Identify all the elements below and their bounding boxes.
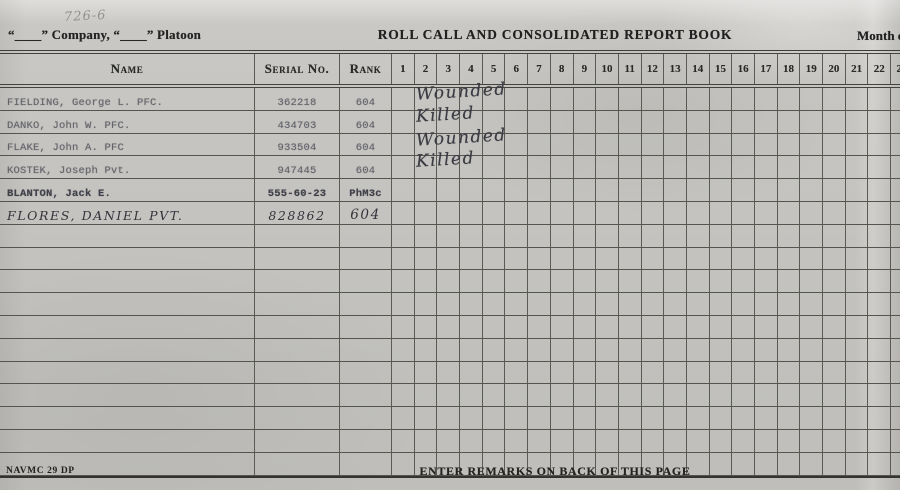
serial-cell: 555-60-23 [255, 179, 340, 201]
day-cell [619, 111, 642, 133]
table-body: FIELDING, George L. PFC.362218604Wounded… [0, 87, 900, 478]
name-cell: FLAKE, John A. PFC [0, 134, 255, 156]
day-cell [778, 156, 801, 178]
table-row-empty [0, 362, 900, 385]
day-cell [574, 179, 597, 201]
day-cell [619, 225, 642, 247]
day-cell [732, 111, 755, 133]
day-cell [483, 225, 506, 247]
day-cell [460, 362, 483, 384]
day-cell [392, 248, 415, 270]
day-cell [664, 156, 687, 178]
day-cell [596, 430, 619, 452]
day-cell [664, 225, 687, 247]
day-cell [710, 270, 733, 292]
day-cell [800, 248, 823, 270]
day-cell [505, 270, 528, 292]
day-cell [868, 88, 891, 110]
day-cell [800, 293, 823, 315]
day-cell [664, 111, 687, 133]
day-cell [868, 156, 891, 178]
day-cell [755, 248, 778, 270]
day-cell [505, 430, 528, 452]
day-cell [823, 339, 846, 361]
serial-cell [255, 384, 340, 406]
name-entry: FLORES, DANIEL PVT. [7, 208, 183, 223]
day-cell [891, 362, 900, 384]
day-cell [596, 407, 619, 429]
column-header-day: 1 [392, 54, 415, 84]
day-cell [687, 88, 710, 110]
name-cell: FLORES, DANIEL PVT. [0, 202, 255, 224]
handwritten-remark: Killed [415, 103, 475, 127]
day-cell [415, 339, 438, 361]
day-cell [642, 134, 665, 156]
day-cell [778, 384, 801, 406]
rank-cell [340, 339, 392, 361]
serial-entry: 828862 [268, 208, 325, 223]
column-header-day: 21 [846, 54, 869, 84]
day-cell [460, 384, 483, 406]
day-cell [664, 270, 687, 292]
day-cell [868, 134, 891, 156]
day-cell [891, 270, 900, 292]
serial-cell: 933504 [255, 134, 340, 156]
day-cell [823, 225, 846, 247]
name-entry: BLANTON, Jack E. [7, 188, 111, 200]
rank-entry: 604 [356, 142, 376, 154]
day-cell [823, 156, 846, 178]
day-cell [846, 111, 869, 133]
day-cell [710, 134, 733, 156]
rank-cell: PhM3c [340, 179, 392, 201]
day-cell [891, 111, 900, 133]
day-cell [392, 134, 415, 156]
rank-cell: 604 [340, 88, 392, 110]
day-cell [778, 202, 801, 224]
column-header-day: 16 [732, 54, 755, 84]
day-cell [619, 430, 642, 452]
name-cell [0, 430, 255, 452]
table-row-empty [0, 384, 900, 407]
day-cell [528, 384, 551, 406]
day-cell [574, 384, 597, 406]
table-row-empty [0, 248, 900, 271]
day-cell [505, 384, 528, 406]
day-cell [574, 134, 597, 156]
day-cell [505, 111, 528, 133]
day-cell [800, 362, 823, 384]
day-cell [664, 316, 687, 338]
column-header-rank: Rank [340, 54, 392, 84]
day-cell [596, 293, 619, 315]
pencil-annotation: 726-6 [64, 8, 107, 25]
day-cell [437, 316, 460, 338]
day-cell [732, 202, 755, 224]
day-cell [778, 225, 801, 247]
day-cell [642, 430, 665, 452]
day-cell [755, 316, 778, 338]
roll-call-form-page: 726-6 “____” Company, “____” Platoon ROL… [0, 0, 900, 490]
day-cell [505, 339, 528, 361]
name-cell [0, 339, 255, 361]
day-cell [483, 430, 506, 452]
day-cell [460, 248, 483, 270]
day-cell [846, 179, 869, 201]
rank-entry: 604 [350, 207, 381, 223]
table-row: KOSTEK, Joseph Pvt.947445604Killed [0, 156, 900, 179]
day-cell [528, 407, 551, 429]
column-header-day: 10 [596, 54, 619, 84]
day-cell [823, 453, 846, 475]
day-cell [642, 270, 665, 292]
column-header-day: 6 [505, 54, 528, 84]
day-cell [528, 339, 551, 361]
day-cell [415, 202, 438, 224]
rank-entry: PhM3c [349, 188, 382, 200]
day-cell [891, 248, 900, 270]
column-header-serial: Serial No. [255, 54, 340, 84]
day-cell [596, 270, 619, 292]
day-cell [596, 111, 619, 133]
day-cell [596, 225, 619, 247]
day-cell [664, 384, 687, 406]
rank-cell [340, 316, 392, 338]
day-cell [415, 293, 438, 315]
day-cell [505, 362, 528, 384]
day-cell [687, 384, 710, 406]
table-header-row: Name Serial No. Rank 1234567891011121314… [0, 53, 900, 85]
day-cell [415, 362, 438, 384]
day-cell [823, 248, 846, 270]
day-cell [460, 339, 483, 361]
day-cell [891, 453, 900, 475]
day-cell [483, 293, 506, 315]
day-cell [551, 202, 574, 224]
day-cell [800, 339, 823, 361]
column-header-day: 12 [642, 54, 665, 84]
column-header-day: 23 [891, 54, 900, 84]
day-cell [732, 453, 755, 475]
day-cell [846, 316, 869, 338]
table-row: BLANTON, Jack E.555-60-23PhM3c [0, 179, 900, 202]
day-cell [642, 225, 665, 247]
column-header-day: 4 [460, 54, 483, 84]
day-cell [800, 111, 823, 133]
day-cell [687, 270, 710, 292]
day-cell [460, 316, 483, 338]
day-cell [619, 179, 642, 201]
day-cell [460, 293, 483, 315]
day-cell [505, 225, 528, 247]
day-cell [664, 202, 687, 224]
rank-cell [340, 293, 392, 315]
day-cell [619, 202, 642, 224]
name-cell [0, 362, 255, 384]
day-cell [528, 293, 551, 315]
name-cell: DANKO, John W. PFC. [0, 111, 255, 133]
month-label: Month of [857, 28, 900, 44]
day-cell [664, 339, 687, 361]
rank-cell [340, 430, 392, 452]
column-header-day: 19 [800, 54, 823, 84]
page-title: ROLL CALL AND CONSOLIDATED REPORT BOOK [370, 27, 740, 43]
day-cell [551, 407, 574, 429]
day-cell [619, 384, 642, 406]
column-header-day: 17 [755, 54, 778, 84]
day-cell [392, 407, 415, 429]
day-cell [687, 111, 710, 133]
day-cell [528, 248, 551, 270]
day-cell [437, 270, 460, 292]
day-cell [846, 248, 869, 270]
serial-cell: 362218 [255, 88, 340, 110]
day-cell [619, 293, 642, 315]
day-cell [800, 156, 823, 178]
day-cell [755, 270, 778, 292]
name-cell [0, 270, 255, 292]
day-cell [778, 248, 801, 270]
day-cell [664, 407, 687, 429]
day-cell [778, 270, 801, 292]
day-cell [619, 88, 642, 110]
day-cell [505, 88, 528, 110]
day-cell [642, 384, 665, 406]
serial-entry: 362218 [277, 97, 316, 109]
day-cell [664, 293, 687, 315]
day-cell [732, 156, 755, 178]
day-cell [642, 88, 665, 110]
day-cell [642, 362, 665, 384]
day-cell [846, 407, 869, 429]
day-cell [460, 430, 483, 452]
rank-cell: 604 [340, 134, 392, 156]
day-cell [528, 111, 551, 133]
day-cell [846, 156, 869, 178]
day-cell [528, 362, 551, 384]
table-row-empty [0, 225, 900, 248]
day-cell [891, 88, 900, 110]
day-cell [392, 293, 415, 315]
day-cell [596, 248, 619, 270]
day-cell [460, 225, 483, 247]
day-cell [710, 407, 733, 429]
day-cell [505, 316, 528, 338]
serial-cell [255, 293, 340, 315]
day-cell [551, 111, 574, 133]
day-cell [868, 293, 891, 315]
day-cell [664, 88, 687, 110]
day-cell [868, 384, 891, 406]
rank-cell: 604 [340, 111, 392, 133]
day-cell [755, 384, 778, 406]
day-cell [710, 362, 733, 384]
day-cell [664, 362, 687, 384]
serial-cell [255, 407, 340, 429]
day-cell [846, 225, 869, 247]
name-cell [0, 407, 255, 429]
serial-cell [255, 316, 340, 338]
day-cell [823, 134, 846, 156]
day-cell [732, 293, 755, 315]
day-cell [868, 248, 891, 270]
day-cell [596, 362, 619, 384]
day-cell [755, 156, 778, 178]
day-cell [846, 430, 869, 452]
day-cell [800, 384, 823, 406]
day-cell [528, 88, 551, 110]
name-entry: FLAKE, John A. PFC [7, 142, 124, 154]
day-cell [642, 407, 665, 429]
day-cell [505, 134, 528, 156]
day-cell [755, 339, 778, 361]
day-cell [596, 134, 619, 156]
table-row: FLORES, DANIEL PVT.828862604 [0, 202, 900, 225]
rank-entry: 604 [356, 165, 376, 177]
day-cell [846, 362, 869, 384]
day-cell [619, 134, 642, 156]
day-cell [619, 156, 642, 178]
serial-cell: 828862 [255, 202, 340, 224]
day-cell [505, 156, 528, 178]
day-cell [415, 270, 438, 292]
day-cell [415, 179, 438, 201]
day-cell [687, 179, 710, 201]
day-cell [528, 179, 551, 201]
day-cell [551, 362, 574, 384]
rank-cell [340, 248, 392, 270]
day-cell [778, 453, 801, 475]
day-cell [551, 384, 574, 406]
day-cell [823, 111, 846, 133]
column-header-day: 7 [528, 54, 551, 84]
day-cell [755, 179, 778, 201]
day-cell [732, 88, 755, 110]
rank-cell [340, 225, 392, 247]
day-cell [437, 179, 460, 201]
day-cell [415, 430, 438, 452]
day-cell [868, 225, 891, 247]
day-cell [574, 362, 597, 384]
day-cell [664, 248, 687, 270]
day-cell [800, 270, 823, 292]
day-cell [528, 156, 551, 178]
day-cell [823, 316, 846, 338]
day-cell [574, 88, 597, 110]
day-cell [392, 179, 415, 201]
day-cell [687, 225, 710, 247]
day-cell [710, 225, 733, 247]
table-row-empty [0, 316, 900, 339]
day-cell [642, 316, 665, 338]
column-header-day: 11 [619, 54, 642, 84]
serial-cell: 947445 [255, 156, 340, 178]
day-cell [846, 134, 869, 156]
day-cell [392, 225, 415, 247]
day-cell [483, 179, 506, 201]
day-cell [778, 111, 801, 133]
day-cell [732, 384, 755, 406]
day-cell [778, 407, 801, 429]
day-cell [619, 407, 642, 429]
day-cell [574, 156, 597, 178]
day-cell [687, 339, 710, 361]
day-cell [732, 225, 755, 247]
day-cell [460, 179, 483, 201]
column-header-day: 15 [710, 54, 733, 84]
day-cell [732, 179, 755, 201]
day-cell [823, 88, 846, 110]
day-cell [551, 339, 574, 361]
day-cell [528, 225, 551, 247]
day-cell [596, 179, 619, 201]
day-cell [619, 248, 642, 270]
day-cell [664, 179, 687, 201]
day-cell [778, 430, 801, 452]
day-cell [460, 407, 483, 429]
day-cell [846, 339, 869, 361]
day-cell [823, 270, 846, 292]
day-cell [551, 88, 574, 110]
day-cell [710, 316, 733, 338]
day-cell [710, 111, 733, 133]
day-cell [437, 225, 460, 247]
day-cell [846, 293, 869, 315]
day-cell [778, 362, 801, 384]
day-cell [437, 293, 460, 315]
day-cell [868, 316, 891, 338]
day-cell [574, 430, 597, 452]
day-cell [596, 384, 619, 406]
day-cell [891, 316, 900, 338]
day-cell [551, 430, 574, 452]
day-cell [574, 111, 597, 133]
roll-call-table: Name Serial No. Rank 1234567891011121314… [0, 50, 900, 478]
day-cell [778, 339, 801, 361]
day-cell [755, 134, 778, 156]
table-row-empty [0, 339, 900, 362]
day-cell [551, 248, 574, 270]
day-cell [823, 293, 846, 315]
rank-cell [340, 384, 392, 406]
day-cell [642, 156, 665, 178]
name-entry: FIELDING, George L. PFC. [7, 97, 163, 109]
day-cell [710, 384, 733, 406]
day-cell [574, 225, 597, 247]
rank-cell [340, 270, 392, 292]
day-cell [868, 362, 891, 384]
table-row-empty [0, 430, 900, 453]
day-cell [823, 407, 846, 429]
column-header-day: 8 [551, 54, 574, 84]
day-cell [619, 339, 642, 361]
day-cell [596, 316, 619, 338]
day-cell [551, 270, 574, 292]
day-cell [732, 248, 755, 270]
day-cell [710, 202, 733, 224]
day-cell [392, 202, 415, 224]
day-cell [483, 339, 506, 361]
day-cell [800, 134, 823, 156]
day-cell [710, 293, 733, 315]
day-cell [800, 316, 823, 338]
day-cell [483, 407, 506, 429]
day-cell [823, 430, 846, 452]
day-cell [664, 134, 687, 156]
day-cell [574, 293, 597, 315]
day-cell [687, 293, 710, 315]
name-cell: KOSTEK, Joseph Pvt. [0, 156, 255, 178]
